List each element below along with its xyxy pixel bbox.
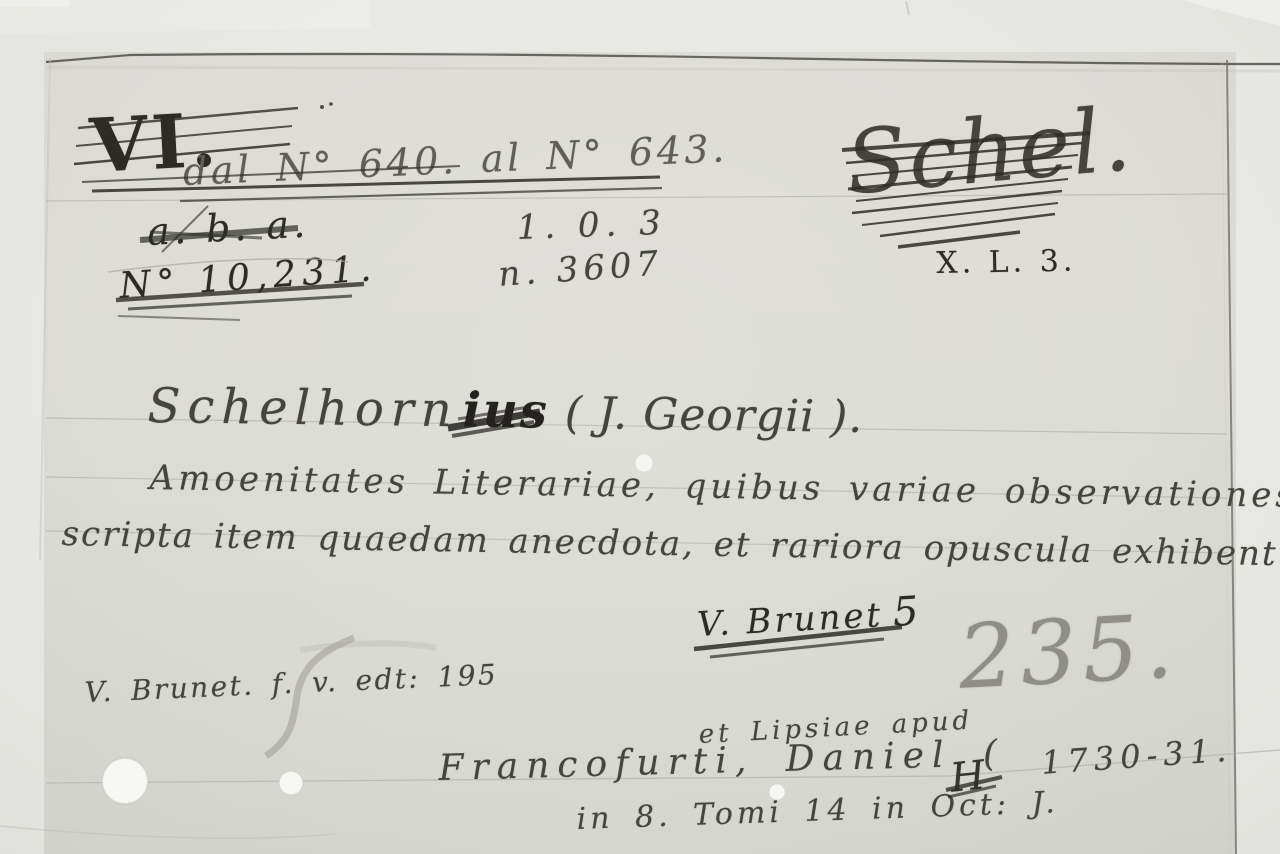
shelfmark-right: X. L. 3. [936,244,1077,281]
range-note: dal N° 640. al N° 643. [182,126,728,194]
top-sliver [0,0,70,7]
struck-reference-suffix: 5 [892,588,923,635]
old-number: N° 10,231. [118,248,379,307]
card-top-edge-shadow [46,67,1280,71]
publication-years: 1730-31. [1040,731,1233,782]
classmark: 1. 0. 3 [516,203,667,248]
top-seam [906,1,909,15]
top-left-sheet-edge [0,0,370,34]
author-heading: Schelhornius( J. Georgii ). [147,378,863,444]
hole-punch-large [102,758,148,804]
accession-number: n. 3607 [497,243,664,294]
struck-reference-text: V. Brunet [696,595,884,645]
header-abbreviation: Schel. [842,87,1136,215]
author-struck-suffix: ius [462,382,549,439]
collation-note: in 8. Tomi 14 in Oct: J. [576,785,1059,837]
title-line-1: Amoenitates Literariae, quibus variae ob… [149,458,1280,516]
ink-dots [320,102,333,109]
author-forenames: ( J. Georgii ). [564,388,863,443]
title-line-2: scripta item quaedam anecdota, et rarior… [61,514,1280,575]
bottom-left-crease [0,826,335,838]
right-backing-strip [1236,56,1280,854]
card-left-edge [40,58,50,560]
reference-note: V. Brunet. f. v. edt: 195 [84,658,499,709]
old-shelfmark: a. b. a. [146,202,310,254]
scanned-catalog-card: VI. dal N° 640. al N° 643. a. b. a. 1. 0… [0,0,1280,854]
top-right-sheet-corner [1180,0,1280,26]
struck-reference: V. Brunet5 [696,588,923,646]
pencil-number: 235. [956,594,1181,708]
place-publisher: Francofurti, Daniel ( [438,733,1005,789]
hole-punch-small [279,771,303,795]
author-surname: Schelhorn [147,378,459,438]
card-top-edge [46,54,1280,64]
